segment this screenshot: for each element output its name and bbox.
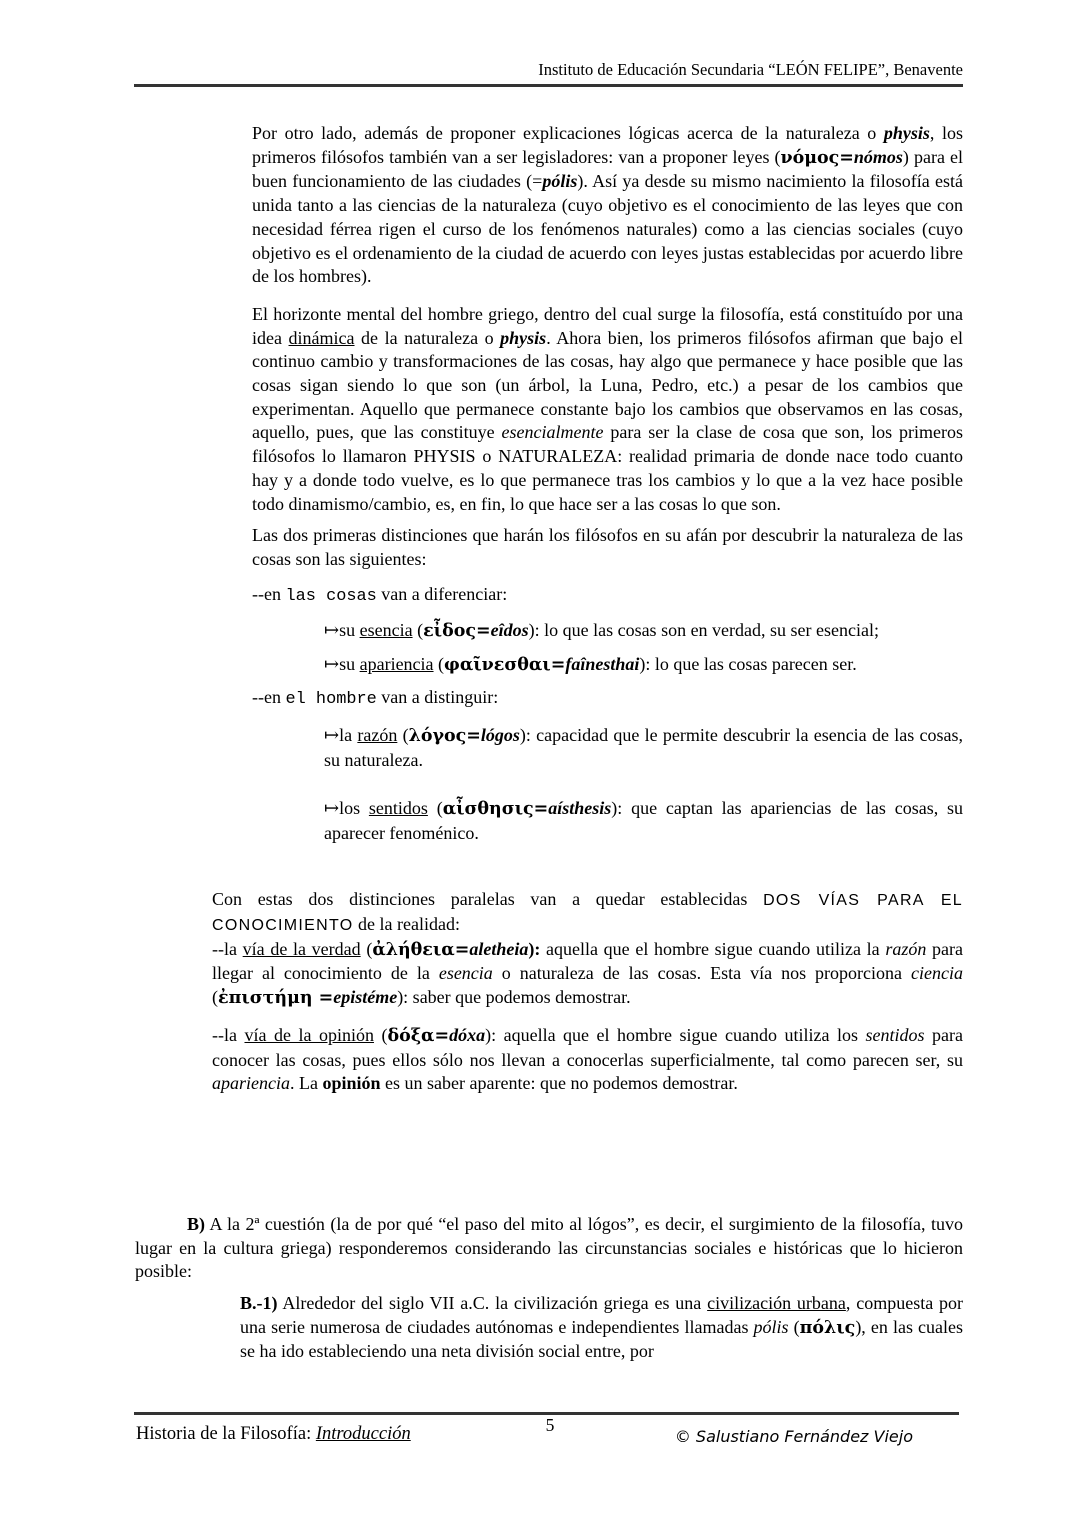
header-institution: Instituto de Educación Secundaria “LEÓN … <box>538 60 963 80</box>
paragraph-dos-distinciones: Las dos primeras distinciones que harán … <box>252 524 963 571</box>
text-run: ): aquella que el hombre sigue cuando ut… <box>485 1025 865 1045</box>
text-run: --la <box>212 939 243 959</box>
text-run: vía de la verdad <box>243 939 361 959</box>
text-run: sentidos <box>369 798 428 818</box>
text-run: --en <box>252 687 285 707</box>
text-run: εἶδος= <box>423 621 491 641</box>
text-run: νόμος= <box>781 148 854 168</box>
text-run: razón <box>357 725 397 745</box>
text-run: de la naturaleza o <box>355 328 501 348</box>
text-run: ): lo que las cosas parecen ser. <box>639 654 856 674</box>
text-run: ↦su <box>324 654 360 674</box>
text-run: δόξα= <box>387 1026 449 1046</box>
text-run: --en <box>252 584 285 604</box>
text-run: physis <box>500 328 546 348</box>
text-run: el hombre <box>285 690 376 709</box>
text-run: sentidos <box>866 1025 925 1045</box>
text-run: ἀλήθεια= <box>372 940 469 960</box>
paragraph-via-opinion: --la vía de la opinión (δόξα=dóxa): aque… <box>212 1024 963 1096</box>
text-run: dóxa <box>449 1025 485 1045</box>
text-run: Con estas dos distinciones paralelas van… <box>212 889 763 909</box>
paragraph-b1-civilizacion: B.-1) Alrededor del siglo VII a.C. la ci… <box>240 1292 963 1364</box>
text-run: A la 2ª cuestión (la de por qué “el paso… <box>135 1214 963 1281</box>
text-run: ): lo que las cosas son en verdad, su se… <box>529 620 879 640</box>
text-run: ( <box>428 798 443 818</box>
text-run: o naturaleza de las cosas. Esta vía nos … <box>493 963 911 983</box>
text-run: ( <box>374 1025 388 1045</box>
text-run: apariencia <box>360 654 434 674</box>
text-run: B.-1) <box>240 1293 278 1313</box>
text-run: aquella que el hombre sigue cuando utili… <box>540 939 885 959</box>
list-item-apariencia: ↦su apariencia (φαῖνεσθαι=faînesthai): l… <box>324 653 963 678</box>
text-run: dinámica <box>289 328 355 348</box>
text-run: esencialmente <box>502 422 604 442</box>
text-run: las cosas <box>285 587 376 606</box>
header-rule <box>134 84 963 87</box>
text-run: B) <box>187 1214 205 1234</box>
paragraph-legisladores: Por otro lado, además de proponer explic… <box>252 122 963 289</box>
text-run: esencia <box>439 963 493 983</box>
text-run: ↦la <box>324 725 357 745</box>
text-run: Por otro lado, además de proponer explic… <box>252 123 884 143</box>
text-run: epistéme <box>333 987 397 1007</box>
paragraph-dos-vias: Con estas dos distinciones paralelas van… <box>212 888 963 937</box>
text-run: razón <box>885 939 926 959</box>
text-run: --la <box>212 1025 244 1045</box>
list-item-sentidos: ↦los sentidos (αἶσθησις=aísthesis): que … <box>324 797 963 845</box>
text-run: φαῖνεσθαι= <box>444 655 565 675</box>
page-number: 5 <box>10 1415 1080 1436</box>
text-run: αἶσθησις= <box>443 799 549 819</box>
text-run: lógos <box>481 725 520 745</box>
footer-author: © Salustiano Fernández Viejo <box>675 1427 913 1446</box>
text-run: aletheia <box>469 939 528 959</box>
text-run: nómos <box>854 147 903 167</box>
text-run: de la realidad: <box>354 914 460 934</box>
text-run: ( <box>397 725 408 745</box>
text-run: opinión <box>322 1073 380 1093</box>
text-run: pólis <box>542 171 577 191</box>
text-run: esencia <box>360 620 413 640</box>
text-run: ): <box>528 939 540 959</box>
list-intro-las-cosas: --en las cosas van a diferenciar: <box>252 583 963 609</box>
text-run: ἐπιστήμη = <box>218 988 333 1008</box>
text-run: ): saber que podemos demostrar. <box>397 987 630 1007</box>
text-run: van a diferenciar: <box>377 584 507 604</box>
text-run: vía de la opinión <box>244 1025 373 1045</box>
text-run: ( <box>434 654 445 674</box>
list-item-esencia: ↦su esencia (εἶδος=eîdos): lo que las co… <box>324 619 963 644</box>
text-run: Las dos primeras distinciones que harán … <box>252 525 963 569</box>
text-run: apariencia <box>212 1073 290 1093</box>
text-run: van a distinguir: <box>377 687 498 707</box>
text-run: ↦su <box>324 620 360 640</box>
text-run: physis <box>884 123 930 143</box>
paragraph-via-verdad: --la vía de la verdad (ἀλήθεια=aletheia)… <box>212 938 963 1011</box>
text-run: ↦los <box>324 798 369 818</box>
text-run: λόγος= <box>409 726 481 746</box>
text-run: Alrededor del siglo VII a.C. la civiliza… <box>278 1293 708 1313</box>
text-run: pólis <box>754 1317 789 1337</box>
text-run: ( <box>789 1317 800 1337</box>
list-item-razon: ↦la razón (λόγος=lógos): capacidad que l… <box>324 724 963 772</box>
list-intro-el-hombre: --en el hombre van a distinguir: <box>252 686 963 712</box>
text-run: . La <box>290 1073 322 1093</box>
text-run: ( <box>361 939 373 959</box>
text-run: civilización urbana <box>707 1293 846 1313</box>
text-run: ( <box>413 620 424 640</box>
text-run: aísthesis <box>548 798 611 818</box>
text-run: πόλις <box>800 1318 856 1338</box>
paragraph-b-cuestion: B) A la 2ª cuestión (la de por qué “el p… <box>135 1213 963 1284</box>
document-body: Por otro lado, además de proponer explic… <box>135 112 963 1364</box>
document-page: Instituto de Educación Secundaria “LEÓN … <box>0 0 1080 1528</box>
text-run: faînesthai <box>565 654 639 674</box>
text-run: eîdos <box>491 620 529 640</box>
text-run: ciencia <box>911 963 963 983</box>
paragraph-horizonte-mental: El horizonte mental del hombre griego, d… <box>252 303 963 516</box>
text-run: es un saber aparente: que no podemos dem… <box>381 1073 738 1093</box>
